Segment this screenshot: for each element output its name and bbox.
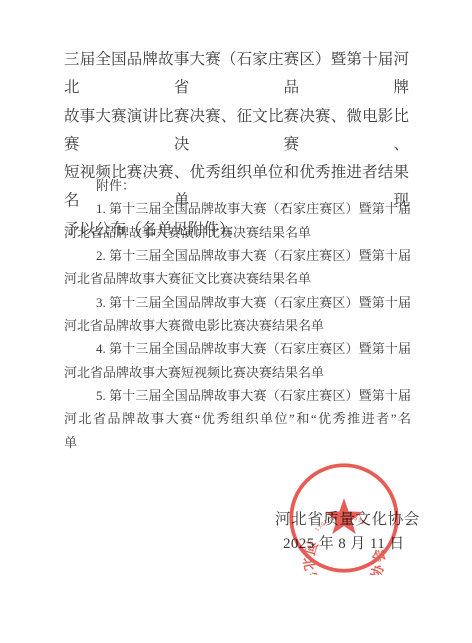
official-seal: 河北省质量文化协会 13010509050538	[287, 461, 401, 575]
attachment-item-line: 5. 第十三届全国品牌故事大赛（石家庄赛区）暨第十届	[64, 384, 411, 407]
attachment-item-line: 河北省品牌故事大赛征文比赛决赛结果名单	[64, 267, 411, 290]
attachment-item-line: 河北省品牌故事大赛微电影比赛决赛结果名单	[64, 314, 411, 337]
document-page: 三届全国品牌故事大赛（石家庄赛区）暨第十届河北省品牌 故事大赛演讲比赛决赛、征文…	[0, 0, 472, 643]
attachment-item-line: 单	[64, 431, 411, 454]
attachment-item-line: 河北省品牌故事大赛“优秀组织单位”和“优秀推进者”名	[64, 407, 411, 430]
attachment-item-line: 1. 第十三届全国品牌故事大赛（石家庄赛区）暨第十届	[64, 197, 411, 220]
attachment-item-line: 2. 第十三届全国品牌故事大赛（石家庄赛区）暨第十届	[64, 244, 411, 267]
attachment-item-line: 河北省品牌故事大赛演讲比赛决赛结果名单	[64, 221, 411, 244]
attachment-item-line: 河北省品牌故事大赛短视频比赛决赛结果名单	[64, 361, 411, 384]
attachment-section: 附件： 1. 第十三届全国品牌故事大赛（石家庄赛区）暨第十届 河北省品牌故事大赛…	[64, 174, 411, 454]
paragraph-line: 三届全国品牌故事大赛（石家庄赛区）暨第十届河北省品牌	[64, 46, 409, 103]
attachment-heading: 附件：	[64, 174, 411, 197]
attachment-item-line: 4. 第十三届全国品牌故事大赛（石家庄赛区）暨第十届	[64, 337, 411, 360]
paragraph-line: 故事大赛演讲比赛决赛、征文比赛决赛、微电影比赛决赛、	[64, 103, 409, 160]
attachment-item-line: 3. 第十三届全国品牌故事大赛（石家庄赛区）暨第十届	[64, 291, 411, 314]
